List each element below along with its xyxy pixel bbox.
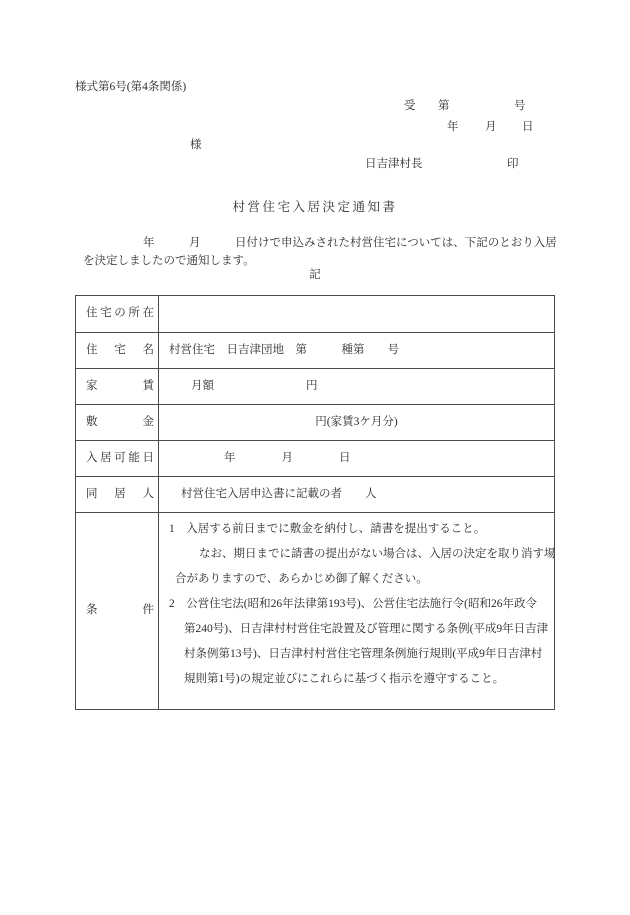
body-paragraph-line1: 年 月 日付けで申込みされた村営住宅については、下記のとおり入居 <box>75 238 557 250</box>
condition-line: なお、期日までに請書の提出がない場合は、入居の決定を取り消す場 <box>159 542 554 567</box>
row-value: 月額 円 <box>159 369 554 404</box>
row-label: 住宅の所在 <box>86 308 154 320</box>
condition-line: 2 公営住宅法(昭和26年法律第193号)、公営住宅法施行令(昭和26年政令 <box>159 592 554 617</box>
row-label-cell: 条件 <box>76 513 159 709</box>
row-label: 条件 <box>86 605 154 617</box>
table-row-deposit: 敷金 円(家賃3ケ月分) <box>76 405 554 441</box>
notation-ki: 記 <box>0 270 630 282</box>
row-label: 住宅名 <box>86 345 154 357</box>
row-label-cell: 住宅名 <box>76 333 159 368</box>
table-row-location: 住宅の所在 <box>76 296 554 333</box>
addressee-honorific: 様 <box>190 140 202 152</box>
form-number: 様式第6号(第4条関係) <box>75 82 186 94</box>
date-year-label: 年 <box>447 122 459 134</box>
row-label-cell: 家賃 <box>76 369 159 404</box>
condition-line: 規則第1号)の規定並びにこれらに基づく指示を遵守すること。 <box>159 667 554 692</box>
document-page: 様式第6号(第4条関係) 受 第 号 年 月 日 様 日吉津村長 印 村営住宅入… <box>0 0 630 915</box>
date-month-label: 月 <box>485 122 497 134</box>
receipt-no-suffix: 号 <box>514 101 526 113</box>
document-title: 村営住宅入居決定通知書 <box>0 201 630 214</box>
table-row-cohabitants: 同居人 村営住宅入居申込書に記載の者 人 <box>76 477 554 513</box>
condition-line: 1 入居する前日までに敷金を納付し、請書を提出すること。 <box>159 517 554 542</box>
row-label-cell: 入居可能日 <box>76 441 159 476</box>
row-label: 敷金 <box>86 417 154 429</box>
row-label-cell: 同居人 <box>76 477 159 512</box>
row-value: 村営住宅入居申込書に記載の者 人 <box>159 477 554 512</box>
row-label: 家賃 <box>86 381 154 393</box>
row-label: 入居可能日 <box>86 453 154 465</box>
condition-line: 村条例第13号)、日吉津村村営住宅管理条例施行規則(平成9年日吉津村 <box>159 642 554 667</box>
table-row-housing-name: 住宅名 村営住宅 日吉津団地 第 種第 号 <box>76 333 554 369</box>
row-value: 円(家賃3ケ月分) <box>159 405 554 440</box>
sender-title: 日吉津村長 <box>365 159 423 171</box>
body-paragraph-line2: を決定しましたので通知します。 <box>75 256 255 268</box>
row-label-cell: 住宅の所在 <box>76 296 159 332</box>
details-table: 住宅の所在 住宅名 村営住宅 日吉津団地 第 種第 号 家賃 月額 円 敷金 円… <box>75 295 555 710</box>
condition-line: 合がありますので、あらかじめ御了解ください。 <box>159 567 554 592</box>
table-row-move-in-date: 入居可能日 年 月 日 <box>76 441 554 477</box>
receipt-no-prefix: 第 <box>438 101 450 113</box>
table-row-rent: 家賃 月額 円 <box>76 369 554 405</box>
date-day-label: 日 <box>522 122 534 134</box>
row-label-cell: 敷金 <box>76 405 159 440</box>
row-value <box>159 296 554 332</box>
seal-mark: 印 <box>507 159 519 171</box>
row-value-conditions: 1 入居する前日までに敷金を納付し、請書を提出すること。 なお、期日までに請書の… <box>159 513 554 709</box>
row-value: 村営住宅 日吉津団地 第 種第 号 <box>159 333 554 368</box>
condition-line: 第240号)、日吉津村村営住宅設置及び管理に関する条例(平成9年日吉津 <box>159 617 554 642</box>
row-value: 年 月 日 <box>159 441 554 476</box>
row-label: 同居人 <box>86 489 154 501</box>
receipt-label: 受 <box>404 101 416 113</box>
table-row-conditions: 条件 1 入居する前日までに敷金を納付し、請書を提出すること。 なお、期日までに… <box>76 513 554 709</box>
